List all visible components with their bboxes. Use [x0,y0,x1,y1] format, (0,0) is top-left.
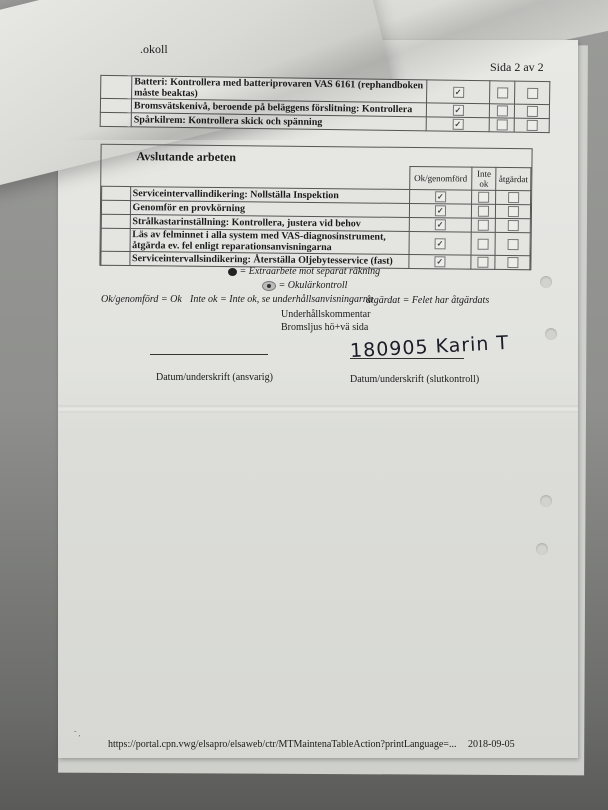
not-ok-checkbox[interactable] [478,238,489,249]
signature-line-final-check [350,358,464,359]
ok-checkbox[interactable]: ✓ [452,105,463,116]
col-header-ok: Ok/genomförd [409,166,472,190]
legend-extra-work: = Extraarbete mot separat räkning [228,266,380,277]
document-title: .okoll [140,42,168,57]
fixed-checkbox[interactable] [508,206,519,217]
fixed-checkbox[interactable] [507,257,518,268]
row-marker-cell [100,98,131,112]
legend-extra-work-text: = Extraarbete mot separat räkning [240,266,381,277]
not-ok-checkbox[interactable] [477,257,488,268]
fixed-checkbox[interactable] [526,106,537,117]
page-indicator: Sida 2 av 2 [490,60,544,75]
row-marker-cell [102,186,131,200]
legend-ocular: = Okulärkontroll [262,280,347,291]
not-ok-checkbox[interactable] [497,87,508,98]
footer-date: 2018-09-05 [468,739,515,750]
not-ok-checkbox[interactable] [496,119,507,130]
punch-hole [545,328,557,340]
col-header-not-ok: Inte ok [472,167,496,190]
ok-checkbox[interactable]: ✓ [435,205,446,216]
fixed-checkbox[interactable] [508,192,519,203]
fixed-checkbox[interactable] [526,120,537,131]
signature-line-responsible [150,354,268,355]
comment-text: Bromsljus hö+vä sida [281,322,368,333]
extra-work-dot-icon [228,268,237,276]
ok-checkbox[interactable]: ✓ [452,119,463,130]
ok-checkbox[interactable]: ✓ [434,256,445,267]
eye-icon [262,281,276,291]
ok-checkbox[interactable]: ✓ [435,219,446,230]
final-work-table: Ok/genomförd Inte ok åtgärdat Serviceint… [100,163,531,270]
ok-checkbox[interactable]: ✓ [453,86,464,97]
top-checks-table: Batteri: Kontrollera med batteriprovaren… [100,75,551,133]
legend-ocular-text: = Okulärkontroll [279,280,348,291]
row-marker-cell [100,112,131,126]
legend-ok-def: Ok/genomförd = Ok [101,294,182,305]
fixed-checkbox[interactable] [507,220,518,231]
comment-label: Underhållskommentar [281,309,370,320]
punch-hole [536,543,548,555]
signature-label-responsible: Datum/underskrift (ansvarig) [156,372,273,383]
row-marker-cell [101,75,132,98]
ok-checkbox[interactable]: ✓ [435,191,446,202]
row-marker-cell [101,228,130,251]
final-work-section: Avslutande arbeten Ok/genomförd Inte ok … [99,144,532,271]
row-marker-cell [101,200,130,214]
row-marker-cell [101,214,130,228]
col-header-fixed: åtgärdat [496,167,531,190]
ok-checkbox[interactable]: ✓ [434,238,445,249]
punch-hole [540,276,552,288]
footer-url: https://portal.cpn.vwg/elsapro/elsaweb/c… [108,739,456,750]
not-ok-checkbox[interactable] [496,105,507,116]
corner-mark: ˜ ‚ [74,730,80,738]
signature-label-final-check: Datum/underskrift (slutkontroll) [350,374,479,385]
punch-hole [540,495,552,507]
row-marker-cell [101,251,130,265]
not-ok-checkbox[interactable] [478,192,489,203]
paper-fold-crease [58,405,578,413]
not-ok-checkbox[interactable] [478,220,489,231]
task-label: Läs av felminnet i alla system med VAS-d… [130,229,409,255]
legend-not-ok-def: Inte ok = Inte ok, se underhållsanvisnin… [190,294,373,305]
task-label: Batteri: Kontrollera med batteriprovaren… [132,76,427,103]
not-ok-checkbox[interactable] [478,206,489,217]
fixed-checkbox[interactable] [527,87,538,98]
legend-fixed-def: åtgärdat = Felet har åtgärdats [366,295,489,306]
fixed-checkbox[interactable] [507,239,518,250]
